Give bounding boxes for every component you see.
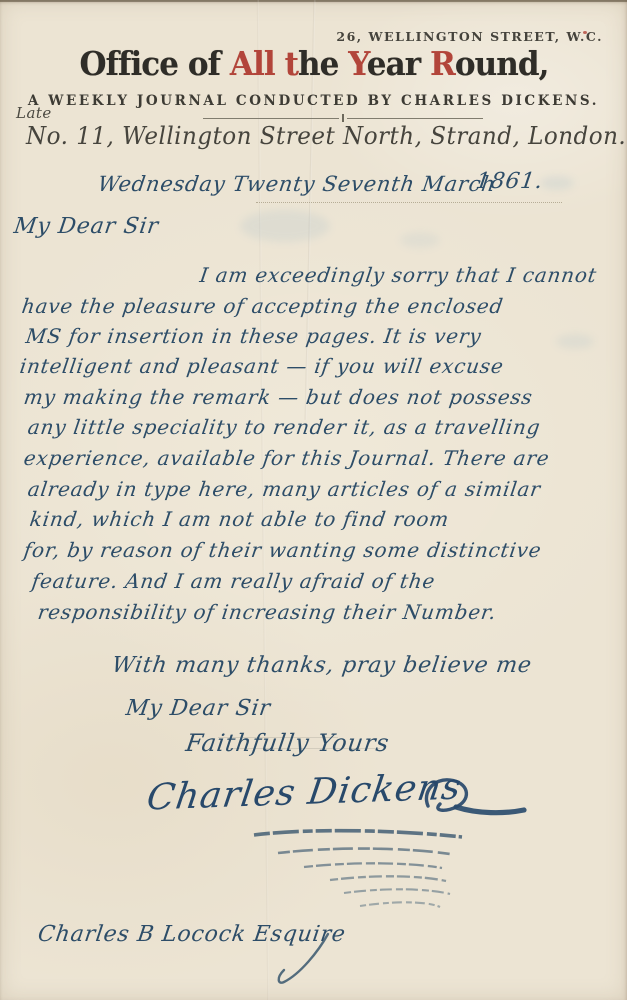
- body-line: kind, which I am not able to find room: [28, 507, 451, 531]
- body-line: any little speciality to render it, as a…: [26, 415, 542, 439]
- masthead-segment: ear: [366, 44, 429, 83]
- signature: Charles Dickens: [144, 767, 464, 819]
- masthead-segment-red: All: [229, 44, 284, 83]
- letterhead-street-number: 26, WELLINGTON STREET, W.C.: [336, 29, 603, 44]
- body-line: I am exceedingly sorry that I cannot: [198, 263, 598, 287]
- date-dotted-rule: [256, 201, 562, 203]
- masthead-title: Office of All the Year Round,: [79, 44, 548, 83]
- closing-salutation: My Dear Sir: [124, 696, 272, 721]
- body-line: have the pleasure of accepting the enclo…: [20, 294, 505, 318]
- masthead-segment: ound,: [454, 44, 548, 83]
- body-line: feature. And I am really afraid of the: [30, 569, 437, 593]
- body-line: experience, available for this Journal. …: [22, 446, 551, 470]
- divider-right-segment: [347, 118, 483, 119]
- street-address-line: No. 11, Wellington Street North, Strand,…: [26, 122, 627, 150]
- divider-rule: [203, 114, 483, 122]
- late-label: Late: [16, 104, 52, 122]
- divider-left-segment: [203, 118, 339, 119]
- divider-center-tick: [342, 114, 344, 122]
- scan-top-edge: [0, 0, 627, 2]
- body-line: my making the remark — but does not poss…: [22, 385, 534, 409]
- masthead-subtitle: A WEEKLY JOURNAL CONDUCTED BY CHARLES DI…: [0, 93, 627, 109]
- masthead-segment-red: t: [284, 44, 297, 83]
- body-line: for, by reason of their wanting some dis…: [22, 538, 543, 562]
- masthead-segment-red: Y: [348, 44, 367, 83]
- masthead-segment: Office of: [79, 44, 229, 83]
- date-line: Wednesday Twenty Seventh March: [96, 172, 497, 196]
- salutation: My Dear Sir: [12, 214, 160, 239]
- body-line: MS for insertion in these pages. It is v…: [24, 324, 483, 348]
- ink-smudge: [400, 232, 440, 248]
- body-line: already in type here, many articles of a…: [26, 477, 542, 501]
- masthead-segment-red: R: [430, 44, 455, 83]
- ink-smudge: [540, 176, 574, 190]
- valediction: Faithfully Yours: [184, 729, 391, 757]
- closing-thanks-line: With many thanks, pray believe me: [110, 653, 533, 678]
- masthead-segment: he: [297, 44, 347, 83]
- body-line: responsibility of increasing their Numbe…: [36, 600, 498, 624]
- ink-smudge: [240, 210, 330, 242]
- signature-flourish: [248, 826, 472, 918]
- recipient-line: Charles B Locock Esquire: [36, 922, 347, 947]
- letter-page: 26, WELLINGTON STREET, W.C. Office of Al…: [0, 0, 627, 1000]
- ink-smudge: [556, 334, 594, 349]
- body-line: intelligent and pleasant — if you will e…: [18, 354, 505, 378]
- date-year: 1861.: [474, 169, 544, 194]
